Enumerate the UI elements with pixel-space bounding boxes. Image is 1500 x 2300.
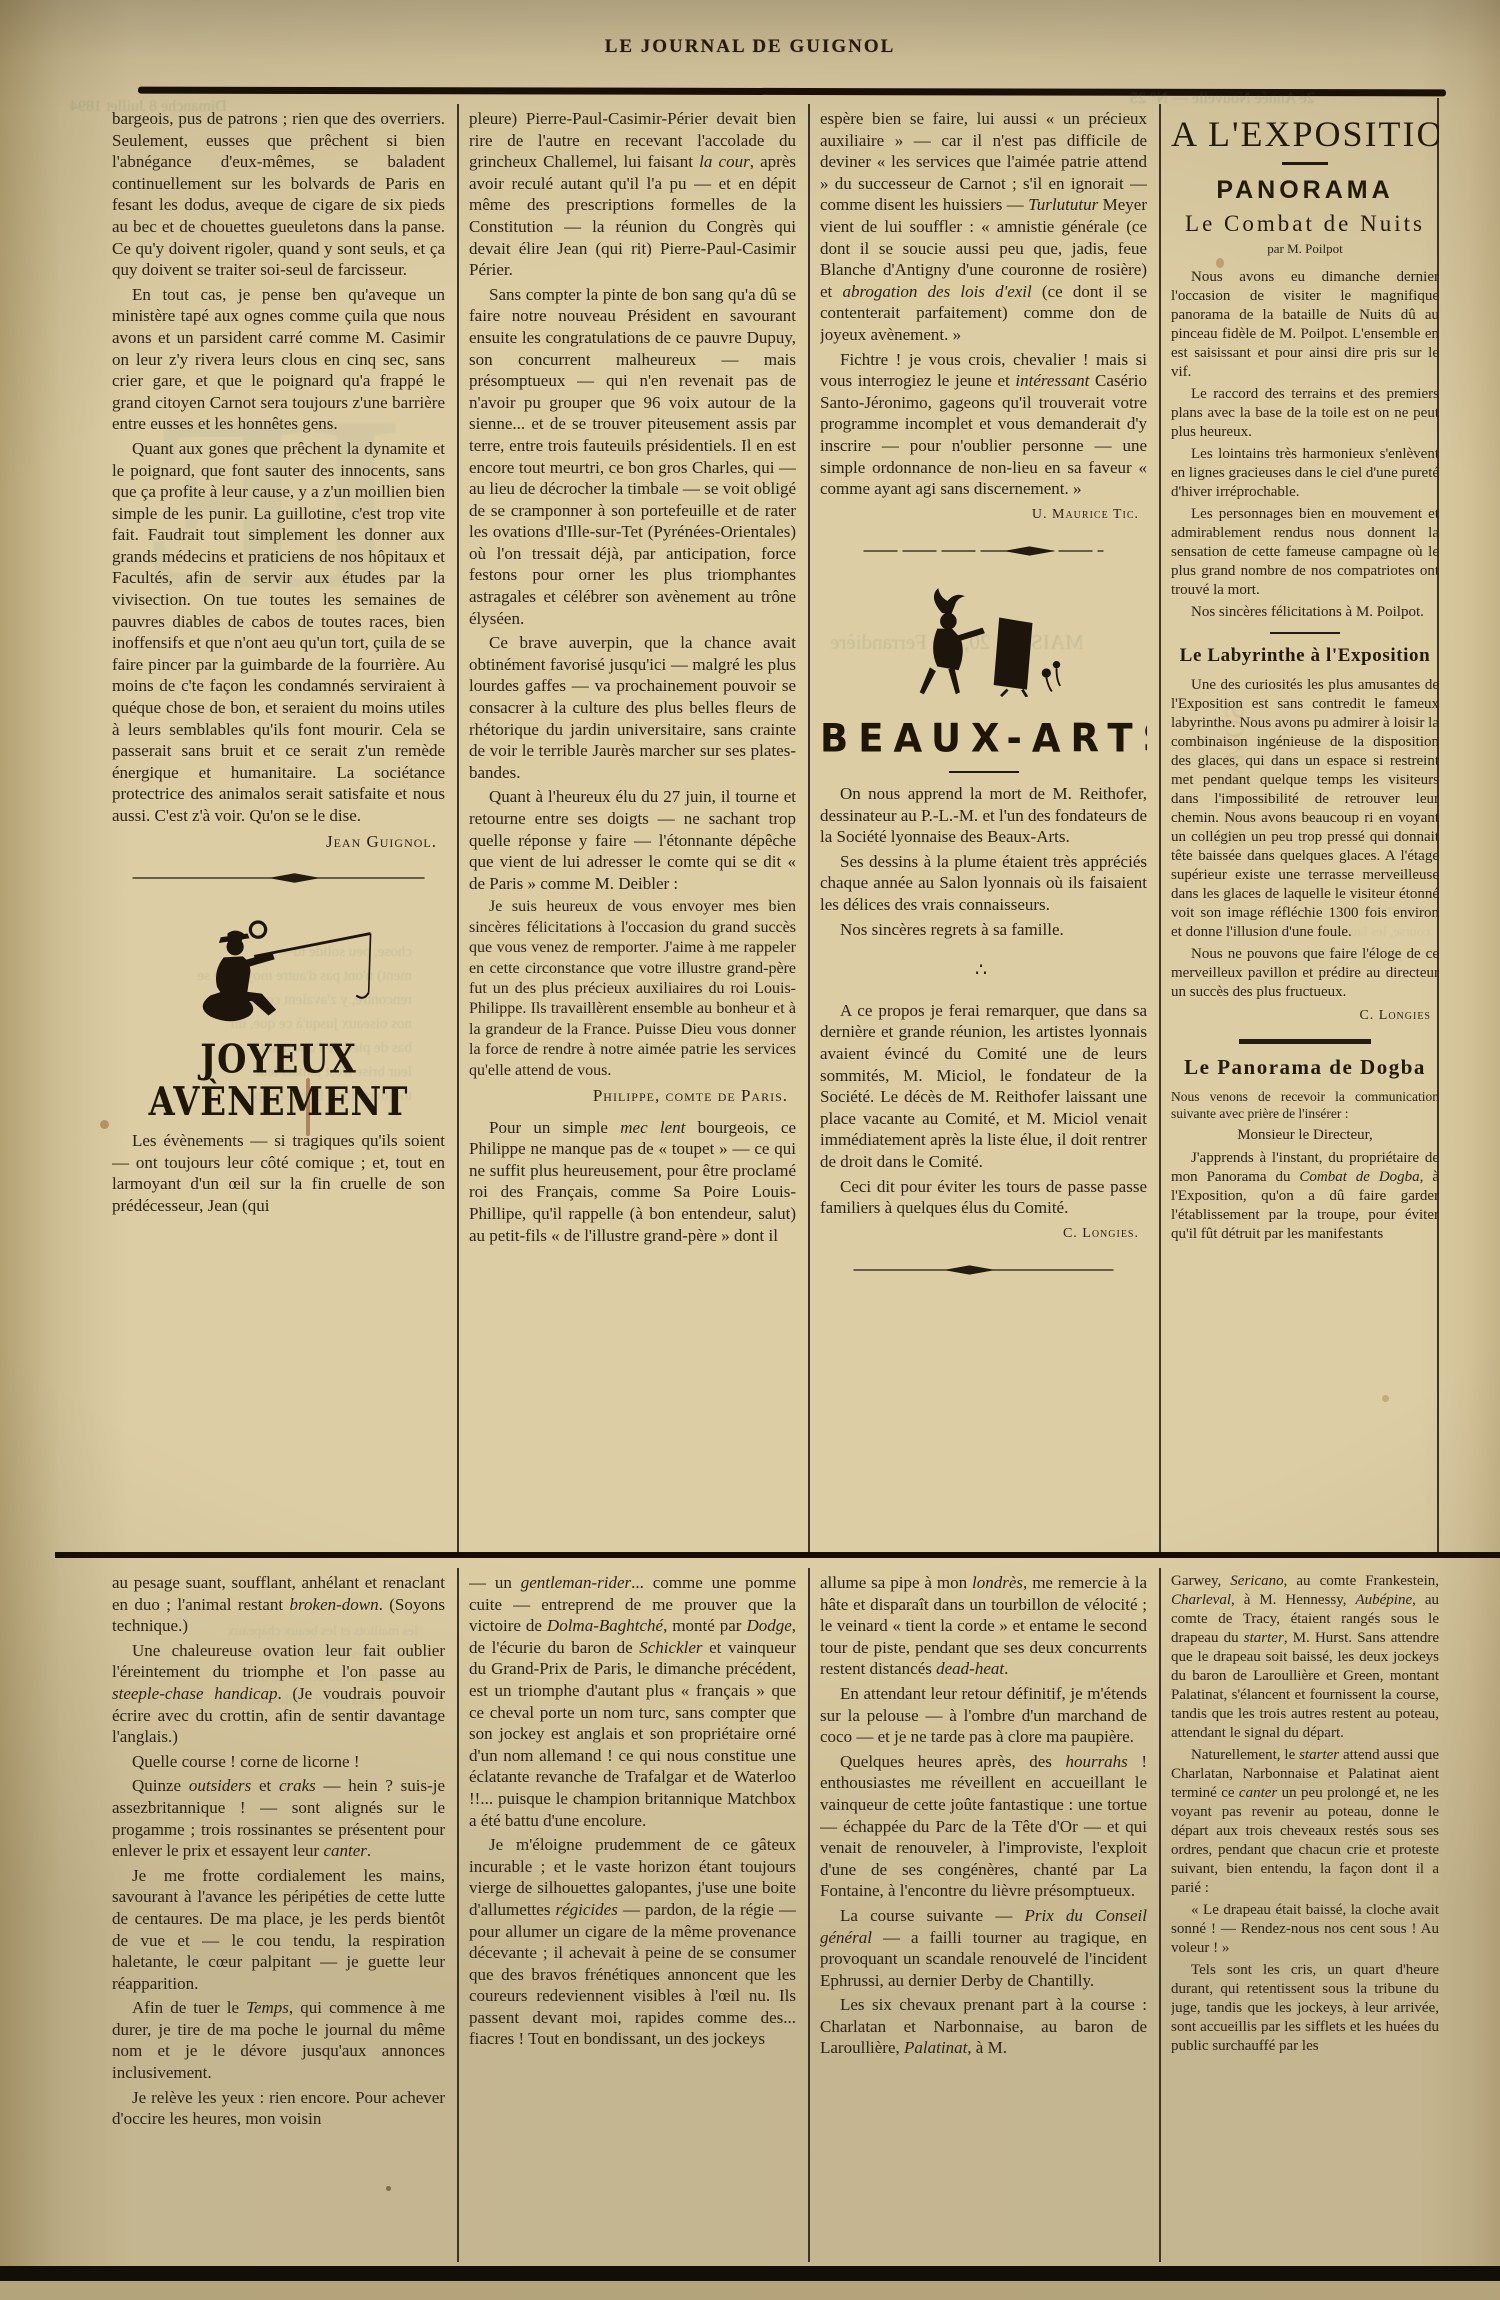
bottom-column-4: Garwey, Sericano, au comte Frankestein, …	[1171, 1572, 1439, 2262]
top-section: bargeois, pus de patrons ; rien que des …	[112, 108, 1442, 1542]
column-2: pleure) Pierre-Paul-Casimir-Périer devai…	[469, 108, 796, 1542]
paragraph: Sans compter la pinte de bon sang qu'a d…	[469, 284, 796, 630]
paragraph: Tels sont les cris, un quart d'heure dur…	[1171, 1961, 1439, 2056]
subhead-panorama: PANORAMA	[1171, 175, 1439, 206]
paragraph: — un gentleman-rider... comme une pomme …	[469, 1572, 796, 1831]
headline-beaux-arts: BEAUX-ARTS	[820, 717, 1147, 762]
paragraph: Ce brave auverpin, que la chance avait o…	[469, 632, 796, 783]
paragraph: Je m'éloigne prudemment de ce gâteux inc…	[469, 1834, 796, 2050]
rust-dot	[100, 1120, 109, 1129]
top-heavy-rule	[138, 87, 1446, 97]
column-3: espère bien se faire, lui aussi « un pré…	[820, 108, 1147, 1542]
paragraph: En tout cas, je pense ben qu'aveque un m…	[112, 284, 445, 435]
paragraph: Quinze outsiders et craks — hein ? suis-…	[112, 1775, 445, 1861]
bottom-column-1: au pesage suant, soufflant, anhélant et …	[112, 1572, 445, 2262]
title-panorama-dogba: Le Panorama de Dogba	[1171, 1054, 1439, 1080]
signature-philippe: Philippe, comte de Paris.	[469, 1085, 788, 1107]
short-rule	[1270, 632, 1340, 634]
paragraph: bargeois, pus de patrons ; rien que des …	[112, 108, 445, 281]
signature-jean-guignol: Jean Guignol.	[112, 831, 437, 853]
paragraph: Garwey, Sericano, au comte Frankestein, …	[1171, 1572, 1439, 1743]
diamond-divider-icon	[112, 870, 445, 892]
paragraph: Les personnages bien en mouvement et adm…	[1171, 505, 1439, 600]
newspaper-page: Dimanche 8 Juillet 1894 2e Année Nouvell…	[0, 0, 1500, 2300]
masthead-title: LE JOURNAL DE GUIGNOL	[0, 36, 1500, 59]
bottom-heavy-rule	[0, 2266, 1500, 2281]
paragraph: Naturellement, le starter attend aussi q…	[1171, 1746, 1439, 1898]
signature-longies-2: C. Longies	[1171, 1006, 1431, 1025]
paragraph: On nous apprend la mort de M. Reithofer,…	[820, 783, 1147, 848]
paragraph: En attendant leur retour définitif, je m…	[820, 1683, 1147, 1748]
column-1: bargeois, pus de patrons ; rien que des …	[112, 108, 445, 1542]
paragraph: Nous venons de recevoir la communication…	[1171, 1088, 1439, 1122]
diamond-divider-icon	[820, 1262, 1147, 1284]
subhead-combat-de-nuits: Le Combat de Nuits	[1171, 210, 1439, 239]
fisherman-illustration	[112, 902, 445, 1032]
paragraph: Nous avons eu dimanche dernier l'occasio…	[1171, 268, 1439, 382]
signature-longies: C. Longies.	[820, 1223, 1139, 1245]
letter-paragraph: Je suis heureux de vous envoyer mes bien…	[469, 897, 796, 1081]
paragraph: au pesage suant, soufflant, anhélant et …	[112, 1572, 445, 1637]
paragraph: A ce propos je ferai remarquer, que dans…	[820, 1000, 1147, 1173]
paragraph: Ceci dit pour éviter les tours de passe …	[820, 1176, 1147, 1219]
paragraph: Ses dessins à la plume étaient très appr…	[820, 851, 1147, 916]
paragraph: Une chaleureuse ovation leur fait oublie…	[112, 1640, 445, 1748]
bottom-column-3: allume sa pipe à mon londrès, me remerci…	[820, 1572, 1147, 2262]
masthead: LE JOURNAL DE GUIGNOL	[0, 36, 1500, 59]
asterism-icon: ∴	[820, 960, 1147, 982]
paragraph: Les évènements — si tragiques qu'ils soi…	[112, 1130, 445, 1216]
headline-joyeux-avenement: JOYEUX AVÈNEMENT	[112, 1039, 445, 1125]
short-rule	[949, 771, 1019, 773]
paragraph: Nos sincères regrets à sa famille.	[820, 919, 1147, 941]
paragraph: allume sa pipe à mon londrès, me remerci…	[820, 1572, 1147, 1680]
paragraph: J'apprends à l'instant, du propriétaire …	[1171, 1149, 1439, 1244]
paragraph: Quelques heures après, des hourrahs ! en…	[820, 1751, 1147, 1902]
title-labyrinthe: Le Labyrinthe à l'Exposition	[1171, 644, 1439, 668]
paragraph: Les six chevaux prenant part à la course…	[820, 1994, 1147, 2059]
paragraph: Fichtre ! je vous crois, chevalier ! mai…	[820, 349, 1147, 500]
paragraph: Quant à l'heureux élu du 27 juin, il tou…	[469, 786, 796, 894]
diamond-divider-icon	[820, 543, 1147, 565]
paragraph: Quelle course ! corne de licorne !	[112, 1751, 445, 1773]
paragraph: Le raccord des terrains et des premiers …	[1171, 385, 1439, 442]
column-4: A L'EXPOSITION PANORAMA Le Combat de Nui…	[1171, 108, 1439, 1542]
bottom-margin	[0, 2281, 1500, 2300]
bottom-column-2: — un gentleman-rider... comme une pomme …	[469, 1572, 796, 2262]
paragraph: La course suivante — Prix du Conseil gén…	[820, 1905, 1147, 1991]
paragraph: Pour un simple mec lent bourgeois, ce Ph…	[469, 1117, 796, 1247]
paragraph: Nos sincères félicitations à M. Poilpot.	[1171, 603, 1439, 622]
paragraph: Quant aux gones que prêchent la dynamite…	[112, 438, 445, 827]
paragraph: Une des curiosités les plus amusantes de…	[1171, 676, 1439, 942]
signature-maurice-tic: U. Maurice Tic.	[820, 504, 1139, 526]
thick-short-rule	[1239, 1039, 1371, 1044]
paragraph: « Le drapeau était baissé, la cloche ava…	[1171, 1901, 1439, 1958]
paragraph: Les lointains très harmonieux s'enlèvent…	[1171, 445, 1439, 502]
paragraph: pleure) Pierre-Paul-Casimir-Périer devai…	[469, 108, 796, 281]
painter-illustration	[820, 575, 1147, 703]
paragraph: Je relève les yeux : rien encore. Pour a…	[112, 2087, 445, 2130]
paragraph: Nous ne pouvons que faire l'éloge de ce …	[1171, 945, 1439, 1002]
paragraph: Je me frotte cordialement les mains, sav…	[112, 1865, 445, 1995]
letter-block: Je suis heureux de vous envoyer mes bien…	[469, 897, 796, 1081]
bottom-section: au pesage suant, soufflant, anhélant et …	[112, 1572, 1442, 2262]
letter-salutation: Monsieur le Directeur,	[1171, 1126, 1439, 1145]
byline-poilpot: par M. Poilpot	[1171, 241, 1439, 257]
paragraph: espère bien se faire, lui aussi « un pré…	[820, 108, 1147, 346]
headline-a-l-exposition: A L'EXPOSITION	[1171, 116, 1439, 154]
middle-heavy-rule	[55, 1552, 1500, 1558]
short-rule	[1282, 162, 1328, 165]
paragraph: Afin de tuer le Temps, qui commence à me…	[112, 1997, 445, 2083]
